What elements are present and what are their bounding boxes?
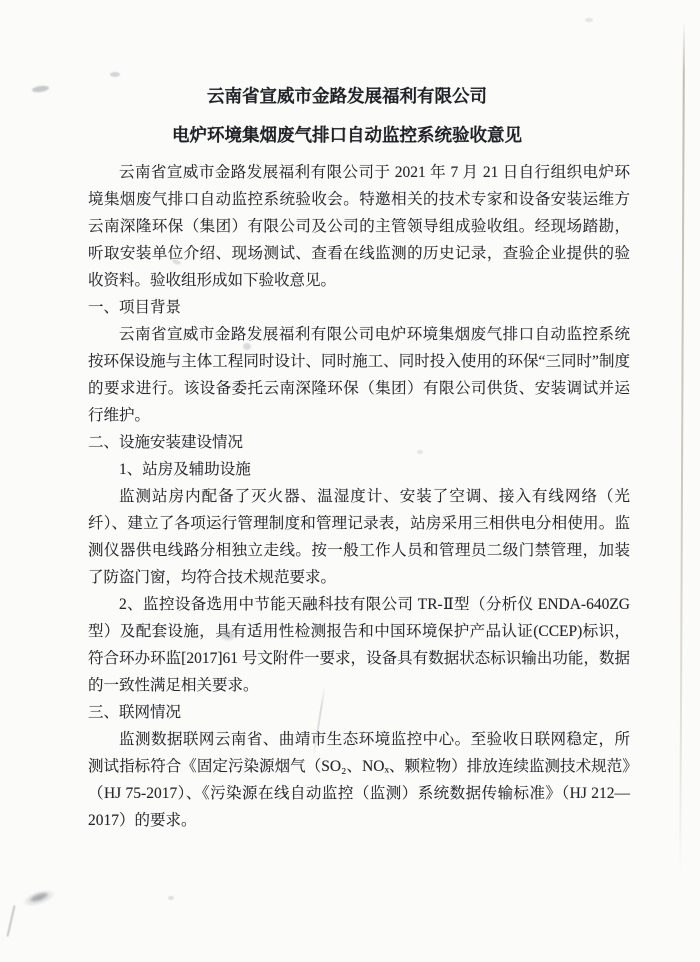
document-body: 云南省宣威市金路发展福利有限公司于 2021 年 7 月 21 日自行组织电炉环… <box>88 159 630 834</box>
scan-pencil-smudge <box>21 886 58 910</box>
scan-speck <box>585 18 593 22</box>
scan-page-edge-line <box>679 22 685 878</box>
paragraph-station-facilities-detail: 监测站房内配备了灭火器、温湿度计、安装了空调、接入有线网络（光纤）、建立了各项运… <box>88 483 630 591</box>
scan-pencil-smudge-core <box>30 891 49 903</box>
document-title-company: 云南省宣威市金路发展福利有限公司 <box>88 84 630 108</box>
heading-section-3-network-status: 三、联网情况 <box>88 699 630 726</box>
paragraph-project-background: 云南省宣威市金路发展福利有限公司电炉环境集烟废气排口自动监控系统按环保设施与主体… <box>88 321 630 429</box>
document-title-subject: 电炉环境集烟废气排口自动监控系统验收意见 <box>88 123 630 147</box>
scan-speck <box>110 72 120 77</box>
scan-speck <box>168 896 174 900</box>
subheading-station-and-auxiliary-facilities: 1、站房及辅助设施 <box>88 456 630 483</box>
document-content: 云南省宣威市金路发展福利有限公司 电炉环境集烟废气排口自动监控系统验收意见 云南… <box>88 84 630 834</box>
heading-section-2-installation-status: 二、设施安装建设情况 <box>88 429 630 456</box>
scan-speck-top-left <box>32 85 50 93</box>
heading-section-1-project-background: 一、项目背景 <box>88 294 630 321</box>
paragraph-network-status-detail: 监测数据联网云南省、曲靖市生态环境监控中心。至验收日联网稳定，所测试指标符合《固… <box>88 726 630 834</box>
scan-pencil-stroke <box>6 905 15 937</box>
paragraph-monitoring-equipment-detail: 2、监控设备选用中节能天融科技有限公司 TR-Ⅱ型（分析仪 ENDA-640ZG… <box>88 591 630 699</box>
scanned-document-page: 云南省宣威市金路发展福利有限公司 电炉环境集烟废气排口自动监控系统验收意见 云南… <box>0 0 700 962</box>
paragraph-acceptance-meeting-intro: 云南省宣威市金路发展福利有限公司于 2021 年 7 月 21 日自行组织电炉环… <box>88 159 630 294</box>
